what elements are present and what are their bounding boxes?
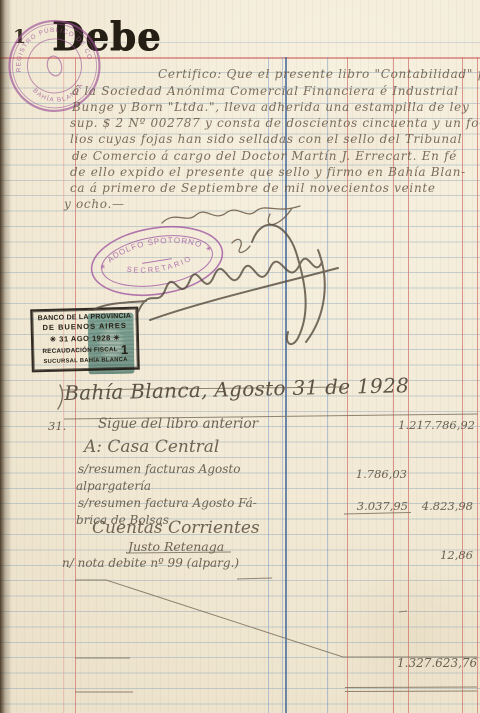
amount-total: 1.327.623,76	[397, 656, 474, 670]
certificate-line: Certifico: Que el presente libro "Contab…	[158, 67, 480, 81]
amount-item: 12,86	[400, 548, 473, 562]
bank-stamp-dept: RECAUDACIÓN FISCAL	[42, 346, 117, 355]
total-double-rule	[345, 691, 477, 692]
certificate-line: y ocho.—	[64, 197, 125, 211]
paper-stain	[330, 560, 480, 710]
entry-detail: s/resumen factura Agosto Fá-	[78, 496, 257, 510]
certificate-line: á la Sociedad Anónima Comercial Financie…	[72, 84, 459, 98]
certificate-line: sup. $ 2 Nº 002787 y consta de dosciento…	[70, 116, 480, 130]
bank-stamp: BANCO DE LA PROVINCIA DE BUENOS AIRES ✳ …	[30, 307, 140, 373]
page-number: 1	[13, 26, 26, 48]
item-underline	[237, 578, 272, 579]
void-diagonal-line	[75, 580, 477, 657]
entry-account: Cuentas Corrientes	[92, 518, 260, 538]
secretary-stamp-name: ✶ ADOLFO SPOTORNO ✶	[94, 228, 215, 273]
svg-text:✶ ADOLFO SPOTORNO ✶: ✶ ADOLFO SPOTORNO ✶	[94, 228, 215, 273]
amount-item: 1.786,03	[340, 467, 407, 481]
certificate-line: ca á primero de Septiembre de mil noveci…	[70, 181, 436, 195]
amount-item: 3.037,95	[340, 499, 408, 513]
bank-stamp-line2: DE BUENOS AIRES	[36, 321, 134, 333]
entry-detail: n/ nota debite nº 99 (alparg.)	[62, 556, 239, 570]
bank-stamp-number: 1	[121, 344, 129, 355]
bank-stamp-inner: BANCO DE LA PROVINCIA DE BUENOS AIRES ✳ …	[32, 309, 138, 371]
bank-stamp-branch: SUCURSAL BAHÍA BLANCA	[37, 357, 135, 366]
total-double-rule	[345, 687, 477, 688]
binding-edge	[0, 0, 12, 713]
vertical-rule	[462, 57, 463, 713]
entry-dateline: Bahía Blanca, Agosto 31 de 1928	[64, 373, 409, 405]
certificate-line: Bunge y Born "Ltda.", lleva adherida una…	[72, 100, 469, 114]
entry-account: A: Casa Central	[84, 437, 219, 457]
entry-day: 31.	[48, 419, 66, 433]
vertical-rule	[477, 57, 478, 713]
amount-subtotal: 4.823,98	[400, 499, 473, 513]
certificate-line: de Comercio á cargo del Doctor Martín J.…	[72, 149, 457, 163]
svg-text:SECRETARIO: SECRETARIO	[125, 253, 195, 279]
certificate-line: de ello expido el presente que sello y f…	[70, 165, 466, 179]
page-title: Debe	[52, 14, 162, 60]
certificate-line: lios cuyas fojas han sido selladas con e…	[70, 132, 462, 146]
pencil-tick	[399, 611, 407, 612]
bank-stamp-date: ✳ 31 AGO 1928 ✳	[36, 333, 134, 345]
secretary-stamp: ✶ ADOLFO SPOTORNO ✶ SECRETARIO	[77, 209, 238, 313]
entry-detail: s/resumen facturas Agosto	[78, 462, 240, 476]
date-flourish	[58, 385, 62, 409]
entry-subaccount: Justo Retenaga	[128, 539, 224, 554]
entry-carryover: Sigue del libro anterior	[98, 416, 258, 432]
secretary-signature	[162, 206, 300, 252]
entry-detail: alpargatería	[76, 479, 151, 493]
amount-carryover: 1.217.786,92	[398, 418, 475, 432]
secretary-stamp-title: SECRETARIO	[125, 253, 195, 279]
ledger-page: 1 Debe REGISTRO PÚBLICO DE COMERCIO BAHÍ…	[0, 0, 480, 713]
